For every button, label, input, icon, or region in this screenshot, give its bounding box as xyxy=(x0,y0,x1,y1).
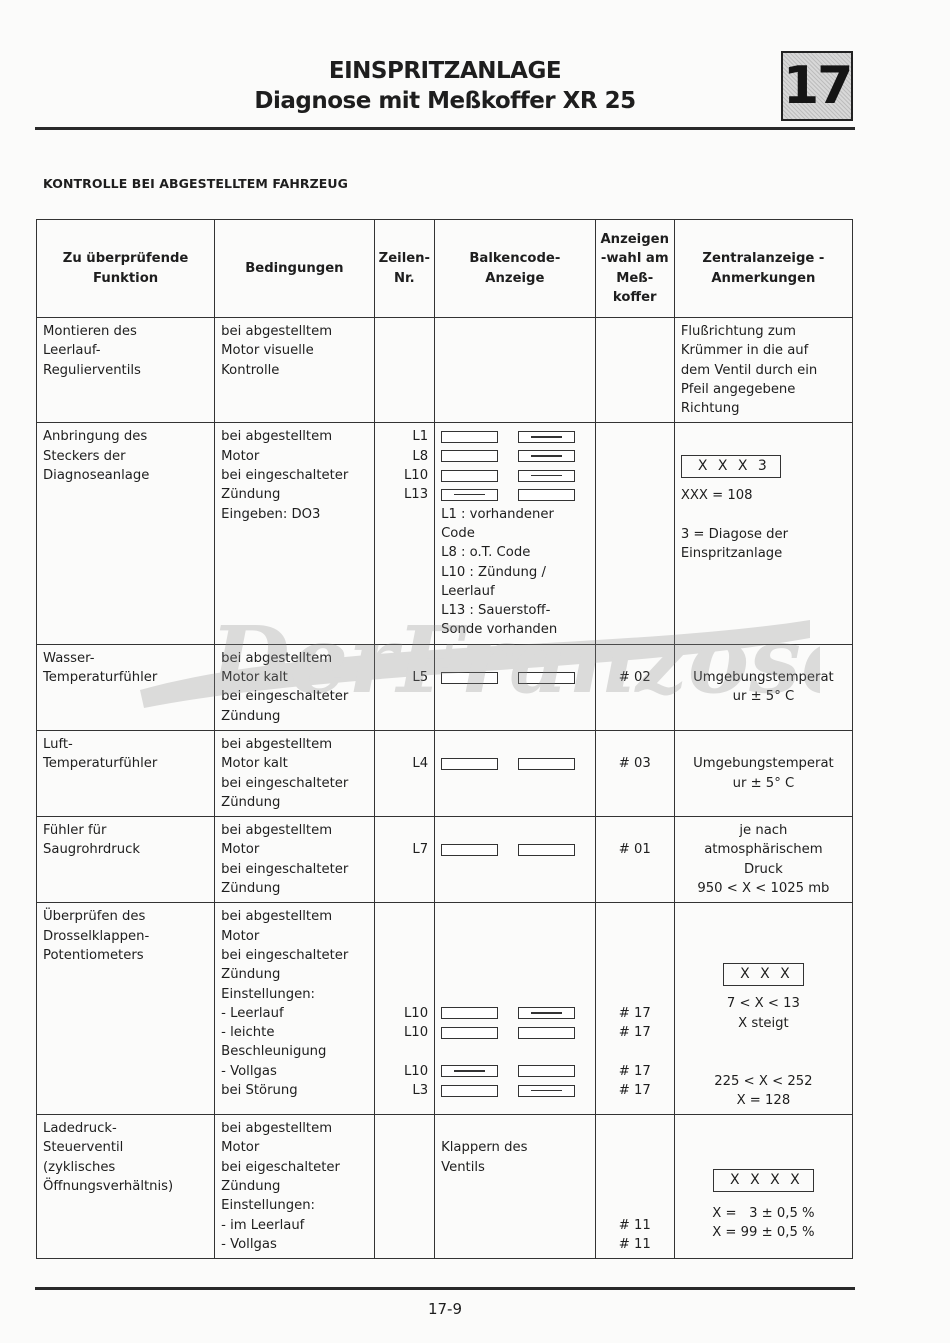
central-text: Druck xyxy=(681,860,846,879)
line-no: L8 xyxy=(381,447,428,466)
bargraph-cell xyxy=(435,730,596,816)
spacer xyxy=(441,1042,589,1061)
selection-code: # 17 xyxy=(602,1004,668,1023)
conditions-cell: bei abgestelltemMotor visuelleKontrolle xyxy=(215,318,374,423)
condition-text: Motor xyxy=(221,927,367,946)
spacer xyxy=(441,907,589,926)
col-central-display-header: Zentralanzeige -Anmerkungen xyxy=(674,220,852,318)
bargraph-notes: Klappern desVentils xyxy=(441,1119,589,1177)
display-readout-box: X X X 3 xyxy=(681,455,781,478)
condition-text: Zündung xyxy=(221,707,367,726)
condition-text: Einstellungen: xyxy=(221,985,367,1004)
condition-text: - Leerlauf xyxy=(221,1004,367,1023)
condition-text: - im Leerlauf xyxy=(221,1216,367,1235)
condition-text: Motor kalt xyxy=(221,754,367,773)
selection-code xyxy=(602,735,668,754)
bar-pair xyxy=(441,840,589,859)
line-no xyxy=(381,927,428,946)
bar-segment-lit xyxy=(518,470,575,482)
table-row: Überprüfen desDrosselklappen-Potentiomet… xyxy=(37,903,853,1115)
selection-code xyxy=(602,965,668,984)
function-text: Luft- xyxy=(43,735,208,754)
central-text: atmosphärischem xyxy=(681,840,846,859)
condition-text: Motor xyxy=(221,1138,367,1157)
line-no-cell: L4 xyxy=(374,730,434,816)
condition-text: bei abgestelltem xyxy=(221,821,367,840)
bar-segment-unlit xyxy=(518,489,575,501)
condition-text: Zündung xyxy=(221,1177,367,1196)
bar-segment-lit xyxy=(518,450,575,462)
line-no xyxy=(381,1042,428,1061)
condition-text: Beschleunigung xyxy=(221,1042,367,1061)
line-no-cell: L5 xyxy=(374,644,434,730)
function-cell: Montieren desLeerlauf-Regulierventils xyxy=(37,318,215,423)
central-text: Richtung xyxy=(681,399,846,418)
bar-pair xyxy=(441,447,589,466)
selection-cell: # 01 xyxy=(595,817,674,903)
bar-segment-unlit xyxy=(441,450,498,462)
bar-pair xyxy=(441,1062,589,1081)
header-label: Meß- xyxy=(600,269,670,288)
line-no xyxy=(381,965,428,984)
line-no: L13 xyxy=(381,485,428,504)
line-no: L10 xyxy=(381,1062,428,1081)
header-label: Zeilen- xyxy=(379,249,430,268)
function-text: Regulierventils xyxy=(43,361,208,380)
conditions-cell: bei abgestelltemMotorbei eingeschalteter… xyxy=(215,423,374,644)
table-row: Fühler fürSaugrohrdruckbei abgestelltemM… xyxy=(37,817,853,903)
condition-text: bei Störung xyxy=(221,1081,367,1100)
bar-segment-lit xyxy=(518,1007,575,1019)
condition-text: Zündung xyxy=(221,485,367,504)
bar-segment-unlit xyxy=(441,431,498,443)
condition-text: Motor kalt xyxy=(221,668,367,687)
line-no: L1 xyxy=(381,427,428,446)
conditions-cell: bei abgestelltemMotor kaltbei eingeschal… xyxy=(215,730,374,816)
spacer xyxy=(441,927,589,946)
bar-segment-unlit xyxy=(441,470,498,482)
col-line-no-header: Zeilen-Nr. xyxy=(374,220,434,318)
bar-pair xyxy=(441,1081,589,1100)
function-text: Ladedruck- xyxy=(43,1119,208,1138)
condition-text: bei abgestelltem xyxy=(221,1119,367,1138)
selection-code: # 01 xyxy=(602,840,668,859)
condition-text: bei eingeschalteter xyxy=(221,860,367,879)
central-display-cell: je nachatmosphärischemDruck950 < X < 102… xyxy=(674,817,852,903)
central-text: Umgebungstemperat xyxy=(681,668,846,687)
function-cell: Wasser-Temperaturfühler xyxy=(37,644,215,730)
header-label: Nr. xyxy=(379,269,430,288)
condition-text: Zündung xyxy=(221,965,367,984)
col-function-header: Zu überprüfendeFunktion xyxy=(37,220,215,318)
bargraph-note: L1 : vorhandener xyxy=(441,505,589,524)
condition-text: bei abgestelltem xyxy=(221,735,367,754)
line-no xyxy=(381,821,428,840)
condition-text: Kontrolle xyxy=(221,361,367,380)
condition-text: Motor xyxy=(221,840,367,859)
selection-code xyxy=(602,907,668,926)
selection-code xyxy=(602,927,668,946)
function-cell: Anbringung desSteckers derDiagnoseanlage xyxy=(37,423,215,644)
condition-text: bei eingeschalteter xyxy=(221,466,367,485)
central-text: je nach xyxy=(681,821,846,840)
bar-pair xyxy=(441,1004,589,1023)
header-label: Anzeige xyxy=(439,269,591,288)
diagnosis-table: Zu überprüfendeFunktionBedingungenZeilen… xyxy=(36,219,853,1259)
col-selection-header: Anzeigen-wahl amMeß-koffer xyxy=(595,220,674,318)
condition-text: Motor visuelle xyxy=(221,341,367,360)
bar-segment-unlit xyxy=(441,1085,498,1097)
function-text: Anbringung des xyxy=(43,427,208,446)
spacer xyxy=(441,985,589,1004)
line-no xyxy=(381,735,428,754)
selection-code: # 11 xyxy=(602,1216,668,1235)
line-no: L10 xyxy=(381,1004,428,1023)
condition-text: bei abgestelltem xyxy=(221,427,367,446)
header-label: Balkencode- xyxy=(439,249,591,268)
central-display-cell: Umgebungstemperatur ± 5° C xyxy=(674,730,852,816)
page-number: 17-9 xyxy=(395,1300,495,1318)
bargraph-note: L8 : o.T. Code xyxy=(441,543,589,562)
spacer xyxy=(441,649,589,668)
condition-text: - Vollgas xyxy=(221,1235,367,1254)
selection-code: # 17 xyxy=(602,1062,668,1081)
central-text: 950 < X < 1025 mb xyxy=(681,879,846,898)
function-text: Drosselklappen- xyxy=(43,927,208,946)
table-row: Anbringung desSteckers derDiagnoseanlage… xyxy=(37,423,853,644)
central-text: Flußrichtung zum xyxy=(681,322,846,341)
footer-rule xyxy=(35,1287,855,1290)
table-row: Wasser-Temperaturfühlerbei abgestelltemM… xyxy=(37,644,853,730)
function-text: Montieren des xyxy=(43,322,208,341)
selection-cell: # 17# 17# 17# 17 xyxy=(595,903,674,1115)
central-text: 7 < X < 13 xyxy=(681,994,846,1013)
bar-segment-unlit xyxy=(441,844,498,856)
condition-text: bei eigeschalteter xyxy=(221,1158,367,1177)
header-rule xyxy=(35,127,855,130)
conditions-cell: bei abgestelltemMotor kaltbei eingeschal… xyxy=(215,644,374,730)
function-cell: Ladedruck-Steuerventil(zyklischesÖffnung… xyxy=(37,1115,215,1259)
central-text: Einspritzanlage xyxy=(681,544,846,563)
selection-cell: # 11# 11 xyxy=(595,1115,674,1259)
central-display-cell: Umgebungstemperatur ± 5° C xyxy=(674,644,852,730)
selection-cell: # 03 xyxy=(595,730,674,816)
table-row: Luft-Temperaturfühlerbei abgestelltemMot… xyxy=(37,730,853,816)
header-label: Anzeigen xyxy=(600,230,670,249)
condition-text: bei abgestelltem xyxy=(221,649,367,668)
function-text: Öffnungsverhältnis) xyxy=(43,1177,208,1196)
selection-code: # 03 xyxy=(602,754,668,773)
line-no-cell: L10L10L10L3 xyxy=(374,903,434,1115)
line-no xyxy=(381,649,428,668)
condition-text: Zündung xyxy=(221,879,367,898)
bargraph-note: Klappern des xyxy=(441,1138,589,1157)
bar-segment-unlit xyxy=(441,1007,498,1019)
selection-cell xyxy=(595,423,674,644)
bar-pair xyxy=(441,466,589,485)
header-label: koffer xyxy=(600,288,670,307)
central-text xyxy=(681,649,846,668)
bar-segment-lit xyxy=(441,1065,498,1077)
header-label: Zentralanzeige - xyxy=(679,249,848,268)
bargraph-note: L10 : Zündung / xyxy=(441,563,589,582)
function-cell: Überprüfen desDrosselklappen-Potentiomet… xyxy=(37,903,215,1115)
bargraph-note: Sonde vorhanden xyxy=(441,620,589,639)
line-no xyxy=(381,946,428,965)
bar-segment-lit xyxy=(441,489,498,501)
bargraph-note: Leerlauf xyxy=(441,582,589,601)
bargraph-note: Ventils xyxy=(441,1158,589,1177)
document-subtitle: Diagnose mit Meßkoffer XR 25 xyxy=(230,88,660,114)
header-label: Funktion xyxy=(41,269,210,288)
central-text xyxy=(681,506,846,525)
line-no: L4 xyxy=(381,754,428,773)
condition-text: bei abgestelltem xyxy=(221,322,367,341)
chapter-badge: 17 xyxy=(781,51,853,121)
selection-code xyxy=(602,985,668,1004)
central-text: 225 < X < 252 xyxy=(681,1072,846,1091)
condition-text: bei abgestelltem xyxy=(221,907,367,926)
line-no-cell: L7 xyxy=(374,817,434,903)
central-display-cell: Flußrichtung zumKrümmer in die aufdem Ve… xyxy=(674,318,852,423)
spacer xyxy=(441,965,589,984)
function-text: Temperaturfühler xyxy=(43,754,208,773)
selection-code: # 02 xyxy=(602,668,668,687)
bar-segment-unlit xyxy=(441,672,498,684)
condition-text: bei eingeschalteter xyxy=(221,774,367,793)
function-text: (zyklisches xyxy=(43,1158,208,1177)
bargraph-note: Code xyxy=(441,524,589,543)
condition-text: Einstellungen: xyxy=(221,1196,367,1215)
selection-cell xyxy=(595,318,674,423)
function-text: Saugrohrdruck xyxy=(43,840,208,859)
central-display-cell: X X X7 < X < 13X steigt225 < X < 252X = … xyxy=(674,903,852,1115)
function-text: Temperaturfühler xyxy=(43,668,208,687)
condition-text: Zündung xyxy=(221,793,367,812)
central-display-cell: X X X 3XXX = 1083 = Diagose derEinspritz… xyxy=(674,423,852,644)
selection-code xyxy=(602,946,668,965)
display-box-holder: X X X xyxy=(681,961,846,988)
section-title: KONTROLLE BEI ABGESTELLTEM FAHRZEUG xyxy=(43,176,348,191)
central-text: X = 3 ± 0,5 % xyxy=(681,1204,846,1223)
spacer xyxy=(441,946,589,965)
col-conditions-header: Bedingungen xyxy=(215,220,374,318)
function-text: Wasser- xyxy=(43,649,208,668)
line-no: L3 xyxy=(381,1081,428,1100)
selection-code xyxy=(602,1177,668,1196)
header-label: Anmerkungen xyxy=(679,269,848,288)
selection-code xyxy=(602,1042,668,1061)
selection-code xyxy=(602,649,668,668)
bar-segment-lit xyxy=(518,1085,575,1097)
display-box-holder: X X X 3 xyxy=(681,453,846,480)
display-readout-box: X X X xyxy=(723,963,804,986)
bargraph-cell: Klappern desVentils xyxy=(435,1115,596,1259)
bar-pair xyxy=(441,754,589,773)
central-text: 3 = Diagose der xyxy=(681,525,846,544)
central-text: Krümmer in die auf xyxy=(681,341,846,360)
bargraph-cell xyxy=(435,903,596,1115)
bar-segment-unlit xyxy=(441,1027,498,1039)
selection-code xyxy=(602,1196,668,1215)
selection-code: # 11 xyxy=(602,1235,668,1254)
line-no: L5 xyxy=(381,668,428,687)
line-no-cell xyxy=(374,318,434,423)
spacer xyxy=(441,821,589,840)
col-bargraph-header: Balkencode-Anzeige xyxy=(435,220,596,318)
line-no xyxy=(381,985,428,1004)
bar-pair xyxy=(441,668,589,687)
function-text: Fühler für xyxy=(43,821,208,840)
bargraph-cell xyxy=(435,817,596,903)
display-box-holder: X X X X xyxy=(681,1167,846,1194)
bargraph-cell: L1 : vorhandenerCodeL8 : o.T. CodeL10 : … xyxy=(435,423,596,644)
conditions-cell: bei abgestelltemMotorbei eingeschalteter… xyxy=(215,903,374,1115)
bar-segment-unlit xyxy=(518,1065,575,1077)
condition-text: bei eingeschalteter xyxy=(221,946,367,965)
function-text: Potentiometers xyxy=(43,946,208,965)
bar-segment-lit xyxy=(518,431,575,443)
header-label: Zu überprüfende xyxy=(41,249,210,268)
condition-text: Motor xyxy=(221,447,367,466)
selection-code xyxy=(602,1119,668,1138)
selection-code xyxy=(602,1138,668,1157)
function-text: Steuerventil xyxy=(43,1138,208,1157)
selection-code: # 17 xyxy=(602,1023,668,1042)
central-text: ur ± 5° C xyxy=(681,774,846,793)
bargraph-cell xyxy=(435,644,596,730)
line-no: L10 xyxy=(381,1023,428,1042)
bar-pair xyxy=(441,485,589,504)
function-cell: Luft-Temperaturfühler xyxy=(37,730,215,816)
central-display-cell: X X X XX = 3 ± 0,5 %X = 99 ± 0,5 % xyxy=(674,1115,852,1259)
central-text: X = 128 xyxy=(681,1091,846,1110)
line-no-cell: L1L8L10L13 xyxy=(374,423,434,644)
line-no xyxy=(381,907,428,926)
condition-text: bei eingeschalteter xyxy=(221,687,367,706)
condition-text: - leichte xyxy=(221,1023,367,1042)
header-label: Bedingungen xyxy=(219,259,369,278)
central-text xyxy=(681,1052,846,1071)
bargraph-notes: L1 : vorhandenerCodeL8 : o.T. CodeL10 : … xyxy=(441,505,589,640)
central-text: XXX = 108 xyxy=(681,486,846,505)
central-text: ur ± 5° C xyxy=(681,687,846,706)
function-cell: Fühler fürSaugrohrdruck xyxy=(37,817,215,903)
central-text: X steigt xyxy=(681,1014,846,1033)
bar-segment-unlit xyxy=(518,672,575,684)
condition-text: Eingeben: DO3 xyxy=(221,505,367,524)
selection-cell: # 02 xyxy=(595,644,674,730)
selection-code: # 17 xyxy=(602,1081,668,1100)
document-title: EINSPRITZANLAGE xyxy=(230,58,660,84)
bar-pair xyxy=(441,1023,589,1042)
line-no-cell xyxy=(374,1115,434,1259)
condition-text: - Vollgas xyxy=(221,1062,367,1081)
header-label: -wahl am xyxy=(600,249,670,268)
spacer xyxy=(441,735,589,754)
selection-code xyxy=(602,821,668,840)
bargraph-note: L13 : Sauerstoff- xyxy=(441,601,589,620)
function-text: Diagnoseanlage xyxy=(43,466,208,485)
bargraph-cell xyxy=(435,318,596,423)
bar-segment-unlit xyxy=(518,758,575,770)
conditions-cell: bei abgestelltemMotorbei eingeschalteter… xyxy=(215,817,374,903)
bargraph-note xyxy=(441,1119,589,1138)
bar-segment-unlit xyxy=(518,1027,575,1039)
bar-segment-unlit xyxy=(518,844,575,856)
line-no: L10 xyxy=(381,466,428,485)
bar-pair xyxy=(441,427,589,446)
display-readout-box: X X X X xyxy=(713,1169,814,1192)
bar-segment-unlit xyxy=(441,758,498,770)
table-header-row: Zu überprüfendeFunktionBedingungenZeilen… xyxy=(37,220,853,318)
central-text: Umgebungstemperat xyxy=(681,754,846,773)
central-text: dem Ventil durch ein xyxy=(681,361,846,380)
central-text: X = 99 ± 0,5 % xyxy=(681,1223,846,1242)
table-row: Ladedruck-Steuerventil(zyklischesÖffnung… xyxy=(37,1115,853,1259)
table-row: Montieren desLeerlauf-Regulierventilsbei… xyxy=(37,318,853,423)
central-text: Pfeil angegebene xyxy=(681,380,846,399)
function-text: Steckers der xyxy=(43,447,208,466)
central-text xyxy=(681,735,846,754)
line-no: L7 xyxy=(381,840,428,859)
function-text: Leerlauf- xyxy=(43,341,208,360)
function-text: Überprüfen des xyxy=(43,907,208,926)
selection-code xyxy=(602,1158,668,1177)
conditions-cell: bei abgestelltemMotorbei eigeschalteterZ… xyxy=(215,1115,374,1259)
